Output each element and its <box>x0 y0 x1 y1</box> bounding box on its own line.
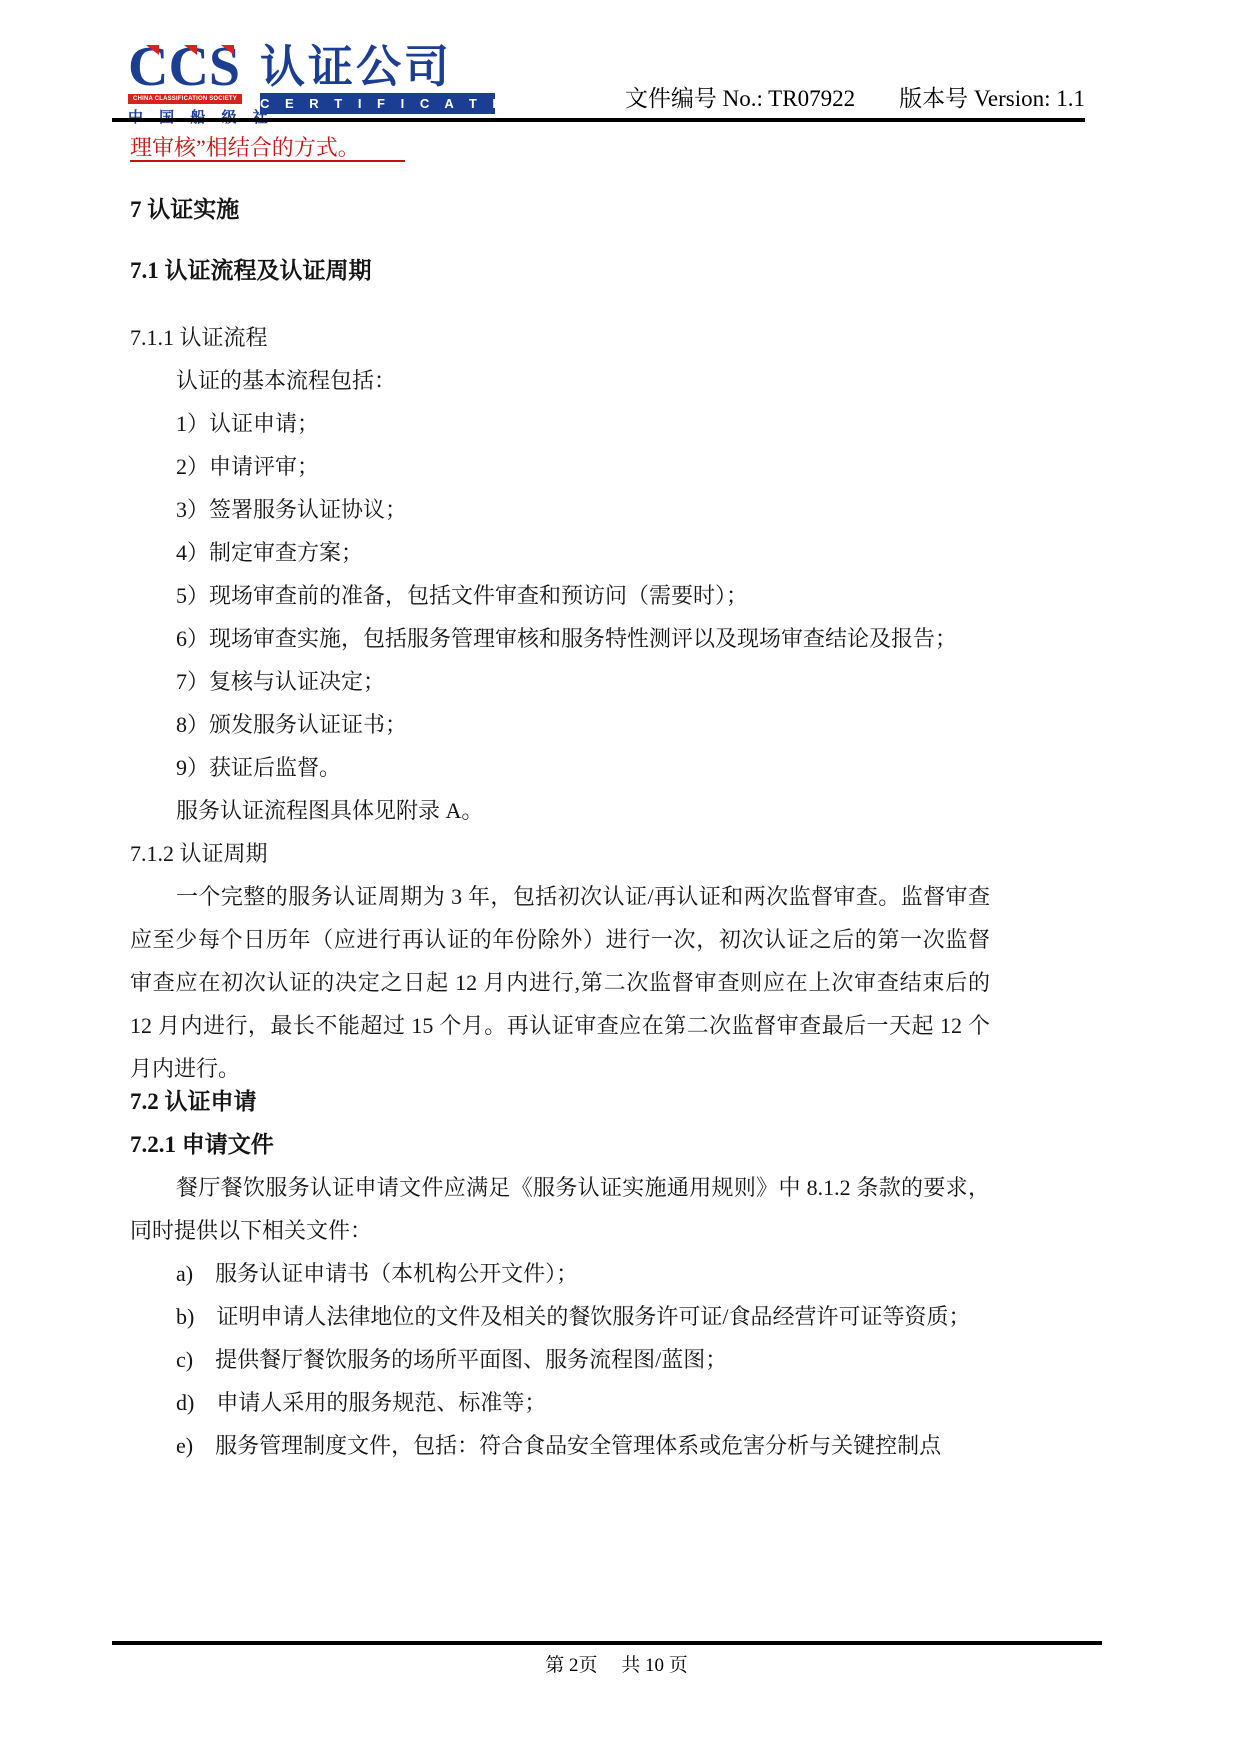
doc-item-b: b) 证明申请人法律地位的文件及相关的餐饮服务许可证/食品经营许可证等资质； <box>130 1295 990 1338</box>
certification-bar: C E R T I F I C A T I O N <box>260 93 495 114</box>
step-item-2: 2）申请评审； <box>130 445 990 488</box>
section-heading-7-1-1: 7.1.1 认证流程 <box>130 316 990 359</box>
section-heading-7: 7 认证实施 <box>130 188 990 231</box>
doc-item-e: e) 服务管理制度文件，包括：符合食品安全管理体系或危害分析与关键控制点 <box>130 1424 990 1467</box>
document-body: 理审核”相结合的方式。 7 认证实施 7.1 认证流程及认证周期 7.1.1 认… <box>130 126 990 1467</box>
section-heading-7-2: 7.2 认证申请 <box>130 1080 990 1123</box>
doc-item-a: a) 服务认证申请书（本机构公开文件）； <box>130 1252 990 1295</box>
society-name-cn: 中 国 船 级 社 <box>128 106 248 127</box>
ccs-logo: CCS CHINA CLASSIFICATION SOCIETY 中 国 船 级… <box>128 44 495 127</box>
paragraph-712-line: 一个完整的服务认证周期为 3 年，包括初次认证/再认证和两次监督审查。监督审查 <box>130 875 990 918</box>
section-heading-7-1: 7.1 认证流程及认证周期 <box>130 249 990 292</box>
paragraph-721-line: 同时提供以下相关文件： <box>130 1209 990 1252</box>
step-item-8: 8）颁发服务认证证书； <box>130 703 990 746</box>
paragraph-721-line: 餐厅餐饮服务认证申请文件应满足《服务认证实施通用规则》中 8.1.2 条款的要求… <box>130 1166 990 1209</box>
header-meta: 文件编号 No.: TR07922版本号 Version: 1.1 <box>625 80 1085 113</box>
step-item-9: 9）获证后监督。 <box>130 746 990 789</box>
version-number: 版本号 Version: 1.1 <box>899 86 1085 111</box>
doc-number: 文件编号 No.: TR07922 <box>625 86 855 111</box>
carryover-line: 理审核”相结合的方式。 <box>130 126 990 169</box>
flowchart-note: 服务认证流程图具体见附录 A。 <box>130 789 990 832</box>
header-rule <box>112 118 1085 122</box>
step-item-7: 7）复核与认证决定； <box>130 660 990 703</box>
footer-rule <box>112 1641 1102 1645</box>
step-item-1: 1）认证申请； <box>130 402 990 445</box>
ccs-logo-right: 认证公司 C E R T I F I C A T I O N <box>260 44 495 114</box>
brand-name-cn: 认证公司 <box>260 44 495 90</box>
paragraph-712-line: 12 月内进行，最长不能超过 15 个月。再认证审查应在第二次监督审查最后一天起… <box>130 1004 990 1047</box>
paragraph-712-line: 审查应在初次认证的决定之日起 12 月内进行,第二次监督审查则应在上次审查结束后… <box>130 961 990 1004</box>
paragraph-712-line: 应至少每个日历年（应进行再认证的年份除外）进行一次，初次认证之后的第一次监督 <box>130 918 990 961</box>
doc-item-c: c) 提供餐厅餐饮服务的场所平面图、服务流程图/蓝图； <box>130 1338 990 1381</box>
step-item-3: 3）签署服务认证协议； <box>130 488 990 531</box>
document-page: CCS CHINA CLASSIFICATION SOCIETY 中 国 船 级… <box>0 0 1233 1743</box>
section-heading-7-2-1: 7.2.1 申请文件 <box>130 1123 990 1166</box>
step-item-4: 4）制定审查方案； <box>130 531 990 574</box>
page-number: 第 2页 共 10 页 <box>0 1650 1233 1677</box>
ccs-acronym: CCS <box>128 44 248 90</box>
step-item-6: 6）现场审查实施，包括服务管理审核和服务特性测评以及现场审查结论及报告； <box>130 617 990 660</box>
step-item-5: 5）现场审查前的准备，包括文件审查和预访问（需要时）； <box>130 574 990 617</box>
paragraph-intro: 认证的基本流程包括： <box>130 359 990 402</box>
ccs-logo-left: CCS CHINA CLASSIFICATION SOCIETY 中 国 船 级… <box>128 44 248 127</box>
doc-item-d: d) 申请人采用的服务规范、标准等； <box>130 1381 990 1424</box>
section-heading-7-1-2: 7.1.2 认证周期 <box>130 832 990 875</box>
